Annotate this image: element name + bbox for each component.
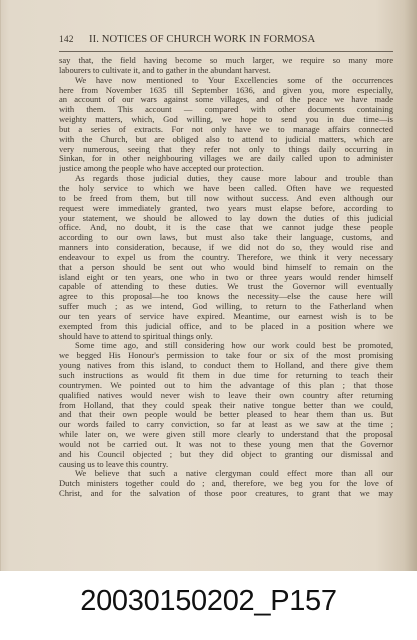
header-rule xyxy=(59,51,393,52)
text-line: qualified natives would never wish to le… xyxy=(59,391,393,401)
running-head: 142II. NOTICES OF CHURCH WORK IN FORMOSA xyxy=(59,34,393,45)
text-line: manners into consideration, because, if … xyxy=(59,243,393,253)
chapter-title: II. NOTICES OF CHURCH WORK IN FORMOSA xyxy=(89,34,315,45)
text-line: Christ, and for the salvation of those p… xyxy=(59,489,393,499)
text-line: As regards those judicial duties, they c… xyxy=(59,174,393,184)
text-line: that a person should be sent out who wou… xyxy=(59,263,393,273)
text-line: We believe that such a native clergyman … xyxy=(59,469,393,479)
text-line: with them. This account — compared with … xyxy=(59,105,393,115)
text-line: according to our own laws, but must also… xyxy=(59,233,393,243)
text-line: exempted from this judicial office, and … xyxy=(59,322,393,332)
text-line: and his Council objected ; but they did … xyxy=(59,450,393,460)
text-line: justice among the people who have accept… xyxy=(59,164,393,174)
text-line: would not be carried out. It was not to … xyxy=(59,440,393,450)
archive-label: 20030150202_P157 xyxy=(0,571,417,640)
text-line: we begged His Honour's permission to tak… xyxy=(59,351,393,361)
text-line: the holy service to which we have been c… xyxy=(59,184,393,194)
page-number: 142 xyxy=(59,35,89,45)
text-line: while later on, we were given still more… xyxy=(59,430,393,440)
archive-id: 20030150202_P157 xyxy=(0,585,417,618)
text-line: weighty matters, which, God willing, we … xyxy=(59,115,393,125)
text-line: Dutch ministers together could do ; and,… xyxy=(59,479,393,489)
text-line: such instructions as would fit them in d… xyxy=(59,371,393,381)
text-line: capable of attending to these duties. We… xyxy=(59,282,393,292)
scanned-book-page: 142II. NOTICES OF CHURCH WORK IN FORMOSA… xyxy=(0,0,417,571)
text-line: should have to attend to spiritual thing… xyxy=(59,332,393,342)
text-line: We have now mentioned to Your Excellenci… xyxy=(59,76,393,86)
text-line: but a series of extracts. For not only h… xyxy=(59,125,393,135)
body-text: say that, the field having become so muc… xyxy=(59,56,393,499)
text-line: your statement, we should be allowed to … xyxy=(59,214,393,224)
text-line: labourers to cultivate it, and to gather… xyxy=(59,66,393,76)
text-line: very numerous, seeing that they refer no… xyxy=(59,145,393,155)
text-line: Some time ago, and still considering how… xyxy=(59,341,393,351)
text-line: request were immediately granted, two ye… xyxy=(59,204,393,214)
text-line: our ten years of service have expired. M… xyxy=(59,312,393,322)
text-line: young natives from this island, to condu… xyxy=(59,361,393,371)
text-line: to be freed from them, but till now with… xyxy=(59,194,393,204)
text-line: Sinkan, for in other neighbouring villag… xyxy=(59,154,393,164)
text-line: office. And, no doubt, it is the case th… xyxy=(59,223,393,233)
text-line: our words failed to carry conviction, so… xyxy=(59,420,393,430)
text-line: suffer much ; as we intend, God willing,… xyxy=(59,302,393,312)
text-line: here from November 1635 till September 1… xyxy=(59,86,393,96)
text-line: endeavour to expel us from the country. … xyxy=(59,253,393,263)
text-line: island eight or ten years, one who in tw… xyxy=(59,273,393,283)
text-line: an account of our wars against some vill… xyxy=(59,95,393,105)
text-line: causing us to leave this country. xyxy=(59,460,393,470)
text-line: agree to this proposal—he too knows the … xyxy=(59,292,393,302)
text-line: from Holland, that they could speak thei… xyxy=(59,401,393,411)
text-line: say that, the field having become so muc… xyxy=(59,56,393,66)
text-line: and that their own people would be bette… xyxy=(59,410,393,420)
text-line: countrymen. We pointed out to him the ad… xyxy=(59,381,393,391)
text-line: with the Church, but are obliged also to… xyxy=(59,135,393,145)
